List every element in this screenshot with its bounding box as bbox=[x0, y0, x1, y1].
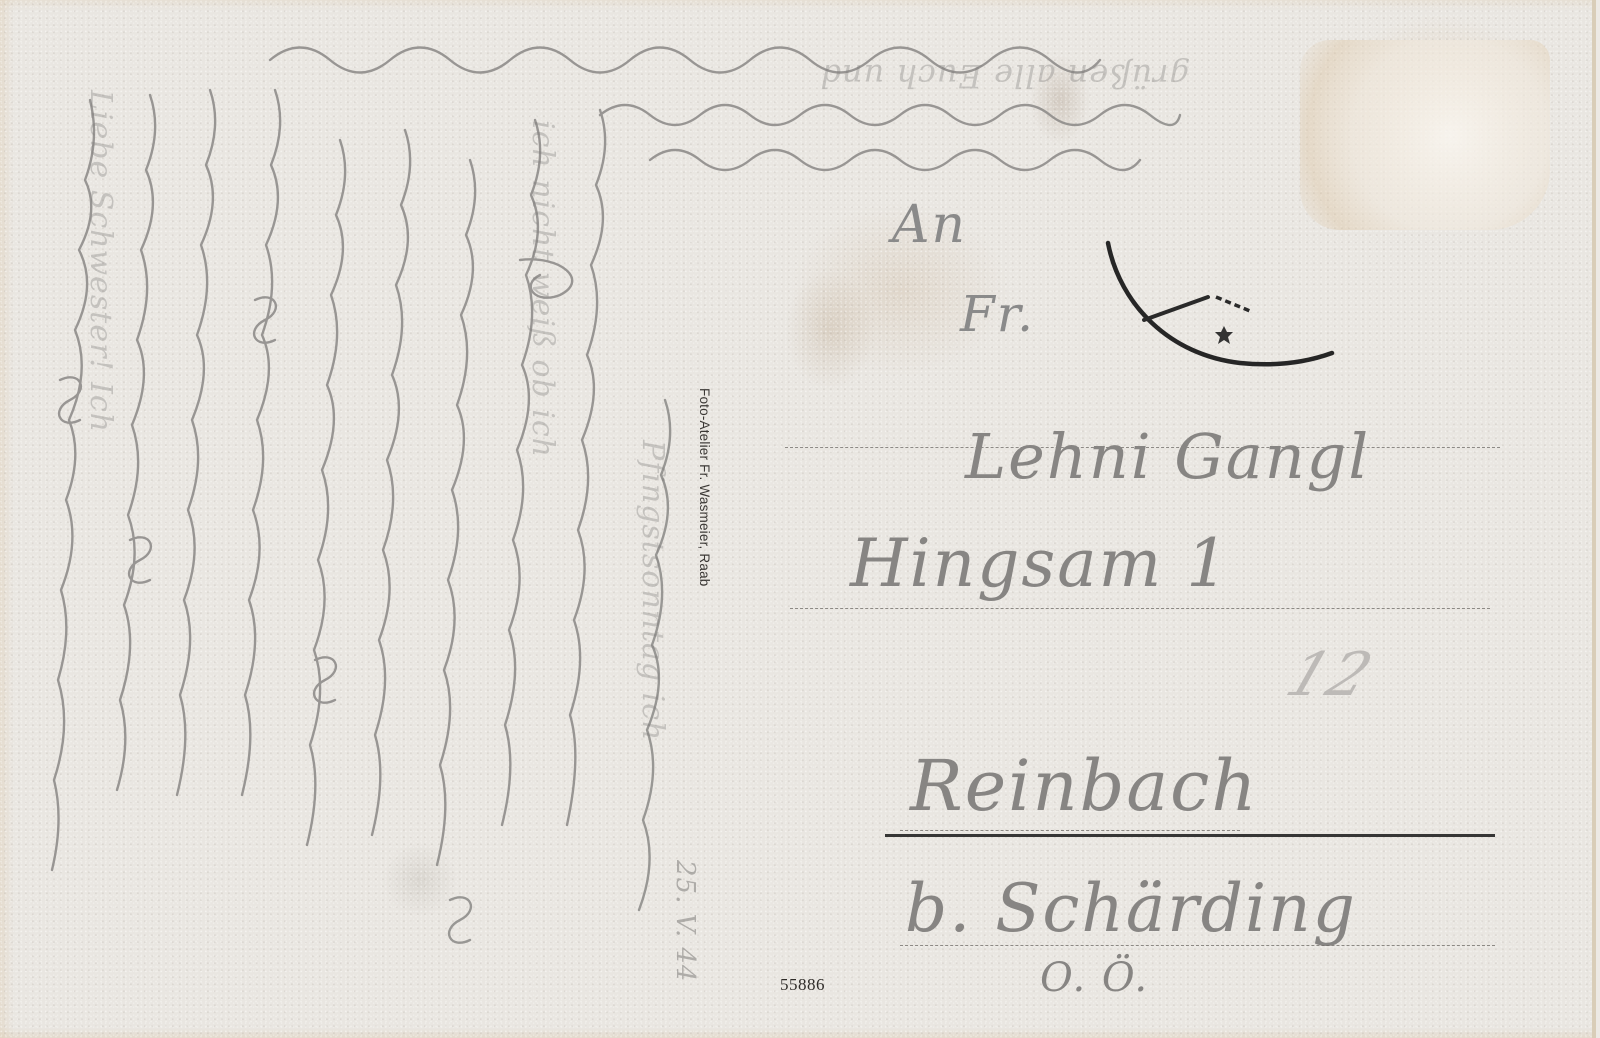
district: b. Schärding bbox=[905, 870, 1357, 947]
message-line: Liebe Schwester! Ich bbox=[83, 90, 118, 433]
card-edge bbox=[1592, 0, 1596, 1038]
address-line-2 bbox=[790, 608, 1490, 609]
message-date: 25. V. 44 bbox=[670, 860, 700, 982]
address-salutation: An bbox=[892, 195, 967, 255]
message-line: ich nicht weiß ob ich bbox=[525, 120, 560, 458]
town: Reinbach bbox=[910, 745, 1258, 827]
street-address: Hingsam 1 bbox=[850, 525, 1230, 602]
serial-number: 55886 bbox=[780, 975, 825, 995]
address-line-4 bbox=[900, 945, 1495, 946]
postcard-back: Foto-Atelier Fr. Wasmeier, Raab 55886 An… bbox=[0, 0, 1596, 1038]
district-suffix: O. Ö. bbox=[1040, 955, 1149, 1001]
message-line: Pfingstsonntag ich bbox=[635, 440, 670, 741]
address-title: Fr. bbox=[960, 285, 1035, 343]
pencil-note: 12 bbox=[1277, 640, 1383, 710]
star-icon bbox=[1215, 326, 1233, 344]
recipient-name: Lehni Gangl bbox=[965, 420, 1370, 493]
address-line-3 bbox=[885, 834, 1495, 837]
stamp-residue-stain bbox=[1300, 40, 1550, 230]
postmark-icon bbox=[1100, 235, 1340, 385]
address-line-3-dotted bbox=[900, 830, 1240, 831]
message-line: grüßen alle Euch und bbox=[819, 57, 1190, 95]
printer-imprint: Foto-Atelier Fr. Wasmeier, Raab bbox=[697, 388, 712, 587]
